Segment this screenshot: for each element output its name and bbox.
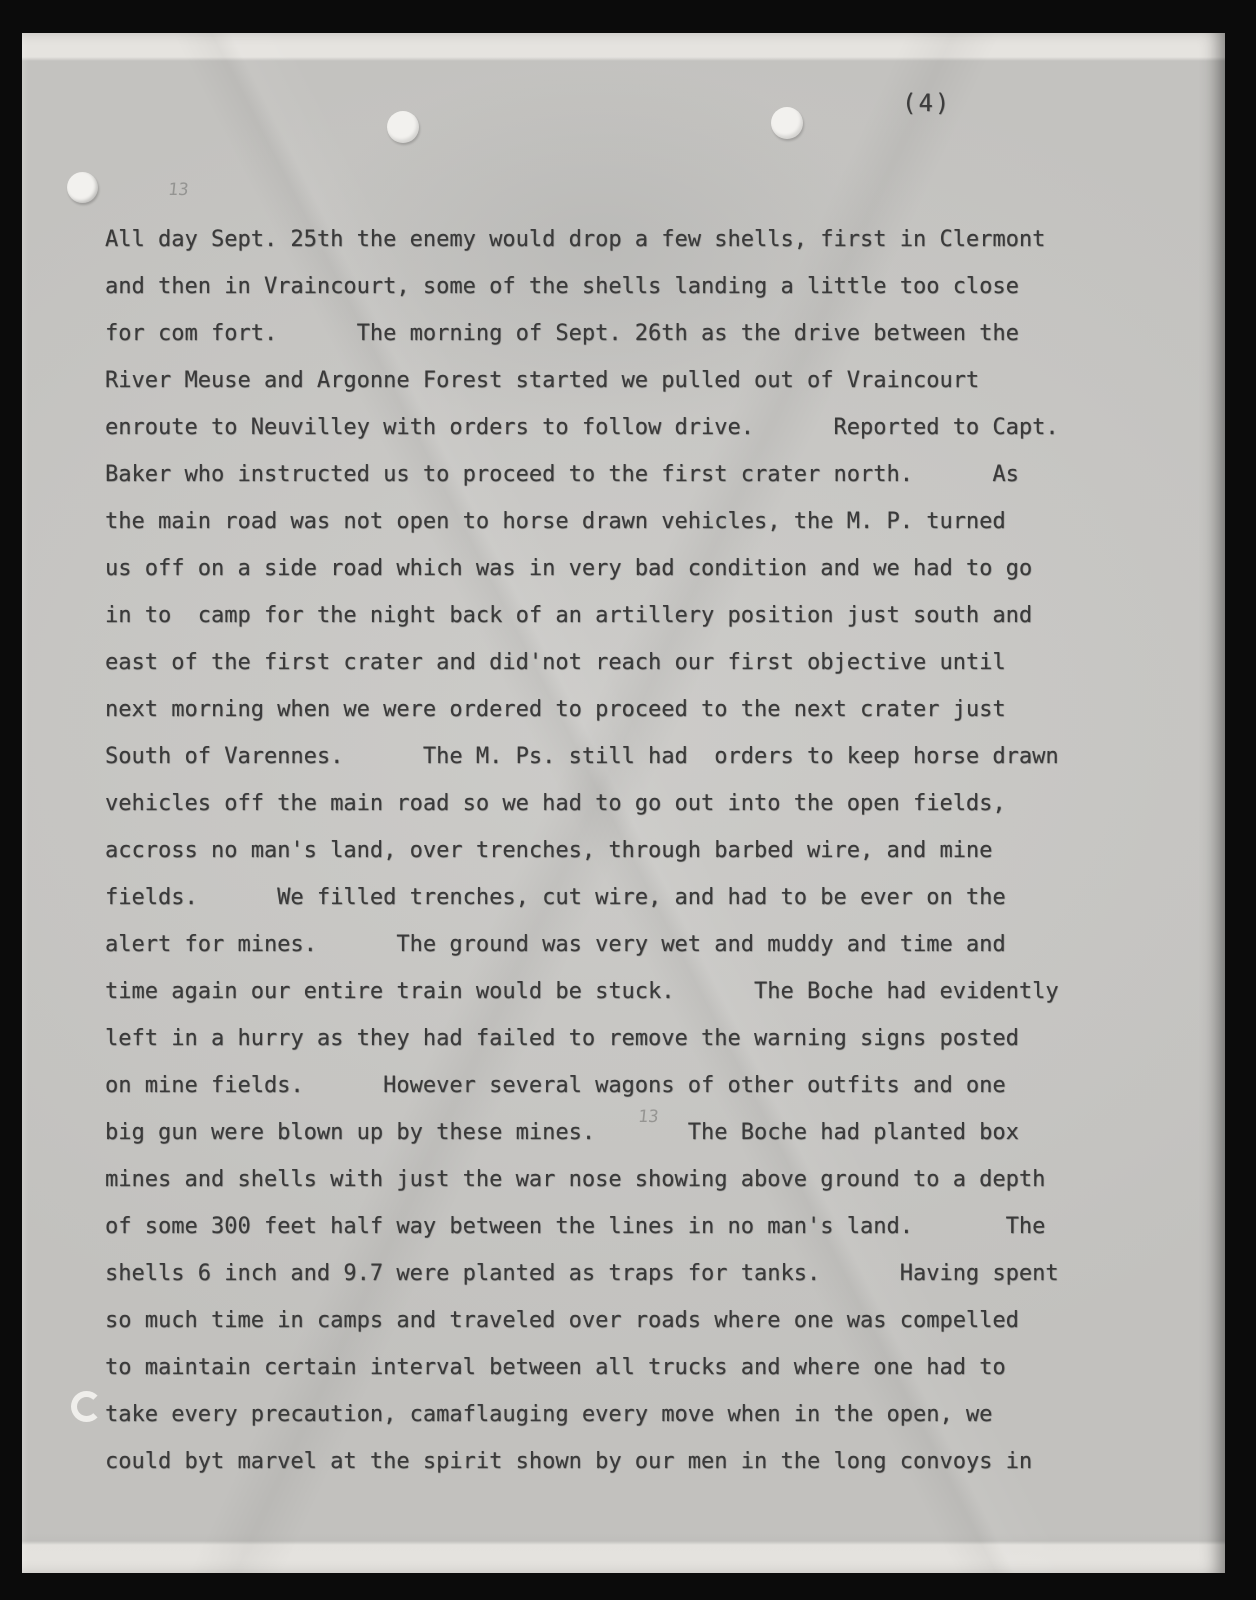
document-page: (4) 13 13 All day Sept. 25th the enemy w… (22, 33, 1225, 1573)
typed-line: vehicles off the main road so we had to … (105, 780, 1145, 827)
typed-line: for com fort. The morning of Sept. 26th … (105, 310, 1145, 357)
typed-line: on mine fields. However several wagons o… (105, 1062, 1145, 1109)
page-number: (4) (902, 89, 951, 117)
typed-line: take every precaution, camaflauging ever… (105, 1391, 1145, 1438)
typed-line: fields. We filled trenches, cut wire, an… (105, 874, 1145, 921)
typed-line: River Meuse and Argonne Forest started w… (105, 357, 1145, 404)
typed-line: time again our entire train would be stu… (105, 968, 1145, 1015)
typed-line: South of Varennes. The M. Ps. still had … (105, 733, 1145, 780)
typed-line: left in a hurry as they had failed to re… (105, 1015, 1145, 1062)
typed-line: next morning when we were ordered to pro… (105, 686, 1145, 733)
typed-line: Baker who instructed us to proceed to th… (105, 451, 1145, 498)
typed-line: and then in Vraincourt, some of the shel… (105, 263, 1145, 310)
typed-line: so much time in camps and traveled over … (105, 1297, 1145, 1344)
typed-line: in to camp for the night back of an arti… (105, 592, 1145, 639)
typed-line: the main road was not open to horse draw… (105, 498, 1145, 545)
typed-line: All day Sept. 25th the enemy would drop … (105, 216, 1145, 263)
punch-hole-top-right (771, 107, 803, 139)
typed-line: to maintain certain interval between all… (105, 1344, 1145, 1391)
typed-line: east of the first crater and did'not rea… (105, 639, 1145, 686)
punch-hole-left-edge (67, 172, 98, 203)
typed-text-block: All day Sept. 25th the enemy would drop … (105, 216, 1145, 1485)
typed-line: of some 300 feet half way between the li… (105, 1203, 1145, 1250)
typed-line: mines and shells with just the war nose … (105, 1156, 1145, 1203)
faint-stamp-mark: 13 (167, 180, 190, 200)
typed-line: alert for mines. The ground was very wet… (105, 921, 1145, 968)
typed-line: accross no man's land, over trenches, th… (105, 827, 1145, 874)
typed-line: shells 6 inch and 9.7 were planted as tr… (105, 1250, 1145, 1297)
punch-hole-top-left (387, 111, 419, 143)
typed-line: big gun were blown up by these mines. Th… (105, 1109, 1145, 1156)
scan-background: (4) 13 13 All day Sept. 25th the enemy w… (0, 0, 1256, 1600)
typed-line: enroute to Neuvilley with orders to foll… (105, 404, 1145, 451)
punch-hole-bottom-left (71, 1391, 102, 1422)
typed-line: us off on a side road which was in very … (105, 545, 1145, 592)
typed-line: could byt marvel at the spirit shown by … (105, 1438, 1145, 1485)
